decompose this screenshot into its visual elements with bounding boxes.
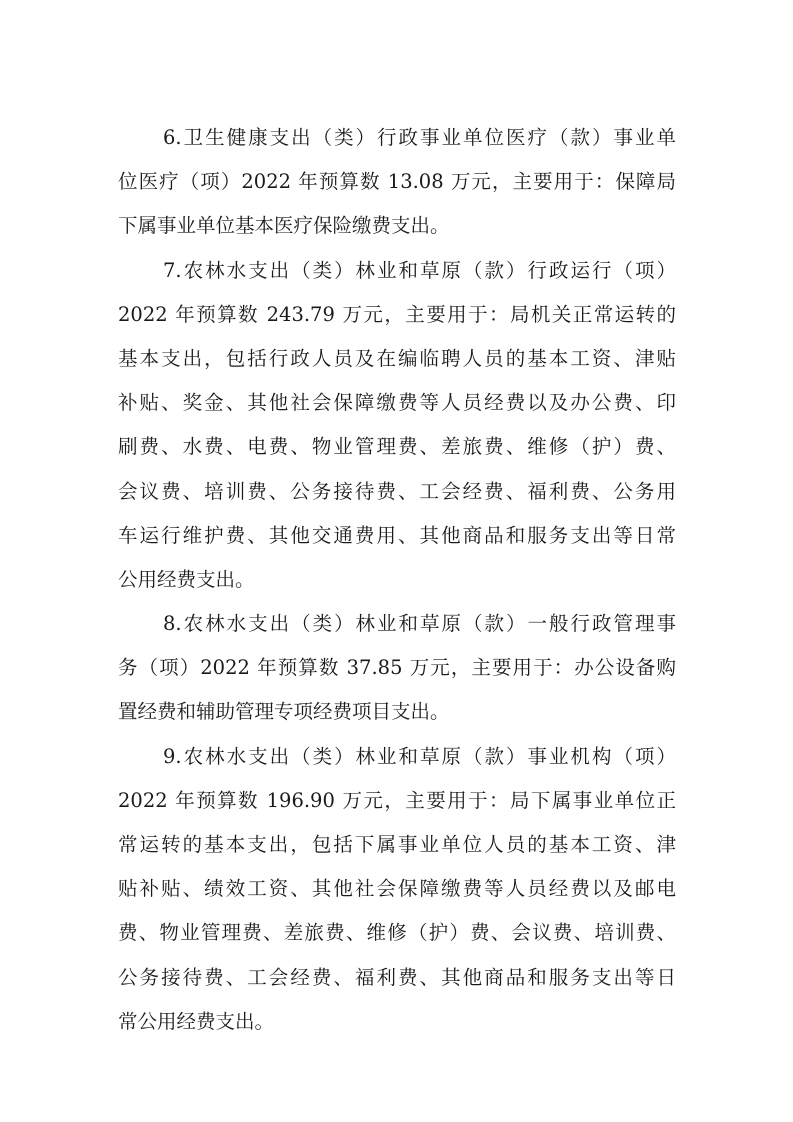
paragraph-line: 补贴、奖金、其他社会保障缴费等人员经费以及办公费、印 [118,381,676,425]
paragraph-line: 2022 年预算数 196.90 万元，主要用于：局下属事业单位正 [118,779,676,823]
paragraph-line: 下属事业单位基本医疗保险缴费支出。 [118,204,676,248]
paragraph-line: 会议费、培训费、公务接待费、工会经费、福利费、公务用 [118,470,676,514]
paragraph-line: 贴补贴、绩效工资、其他社会保障缴费等人员经费以及邮电 [118,867,676,911]
paragraph-line: 车运行维护费、其他交通费用、其他商品和服务支出等日常 [118,514,676,558]
paragraph-line: 置经费和辅助管理专项经费项目支出。 [118,690,676,734]
paragraph-item-9: 9.农林水支出（类）林业和草原（款）事业机构（项） 2022 年预算数 196.… [118,735,676,1044]
paragraph-item-7: 7.农林水支出（类）林业和草原（款）行政运行（项） 2022 年预算数 243.… [118,249,676,603]
paragraph-item-6: 6.卫生健康支出（类）行政事业单位医疗（款）事业单 位医疗（项）2022 年预算… [118,116,676,249]
paragraph-line: 公用经费支出。 [118,558,676,602]
paragraph-line: 9.农林水支出（类）林业和草原（款）事业机构（项） [118,735,676,779]
paragraph-line: 8.农林水支出（类）林业和草原（款）一般行政管理事 [118,602,676,646]
paragraph-line: 费、物业管理费、差旅费、维修（护）费、会议费、培训费、 [118,911,676,955]
paragraph-line: 常运转的基本支出，包括下属事业单位人员的基本工资、津 [118,823,676,867]
paragraph-line: 6.卫生健康支出（类）行政事业单位医疗（款）事业单 [118,116,676,160]
document-body: 6.卫生健康支出（类）行政事业单位医疗（款）事业单 位医疗（项）2022 年预算… [118,116,676,1044]
paragraph-line: 7.农林水支出（类）林业和草原（款）行政运行（项） [118,249,676,293]
paragraph-line: 公务接待费、工会经费、福利费、其他商品和服务支出等日 [118,956,676,1000]
paragraph-line: 位医疗（项）2022 年预算数 13.08 万元，主要用于：保障局 [118,160,676,204]
document-page: 6.卫生健康支出（类）行政事业单位医疗（款）事业单 位医疗（项）2022 年预算… [0,0,793,1122]
paragraph-line: 基本支出，包括行政人员及在编临聘人员的基本工资、津贴 [118,337,676,381]
paragraph-item-8: 8.农林水支出（类）林业和草原（款）一般行政管理事 务（项）2022 年预算数 … [118,602,676,735]
paragraph-line: 常公用经费支出。 [118,1000,676,1044]
paragraph-line: 刷费、水费、电费、物业管理费、差旅费、维修（护）费、 [118,425,676,469]
paragraph-line: 务（项）2022 年预算数 37.85 万元，主要用于：办公设备购 [118,646,676,690]
paragraph-line: 2022 年预算数 243.79 万元，主要用于：局机关正常运转的 [118,293,676,337]
